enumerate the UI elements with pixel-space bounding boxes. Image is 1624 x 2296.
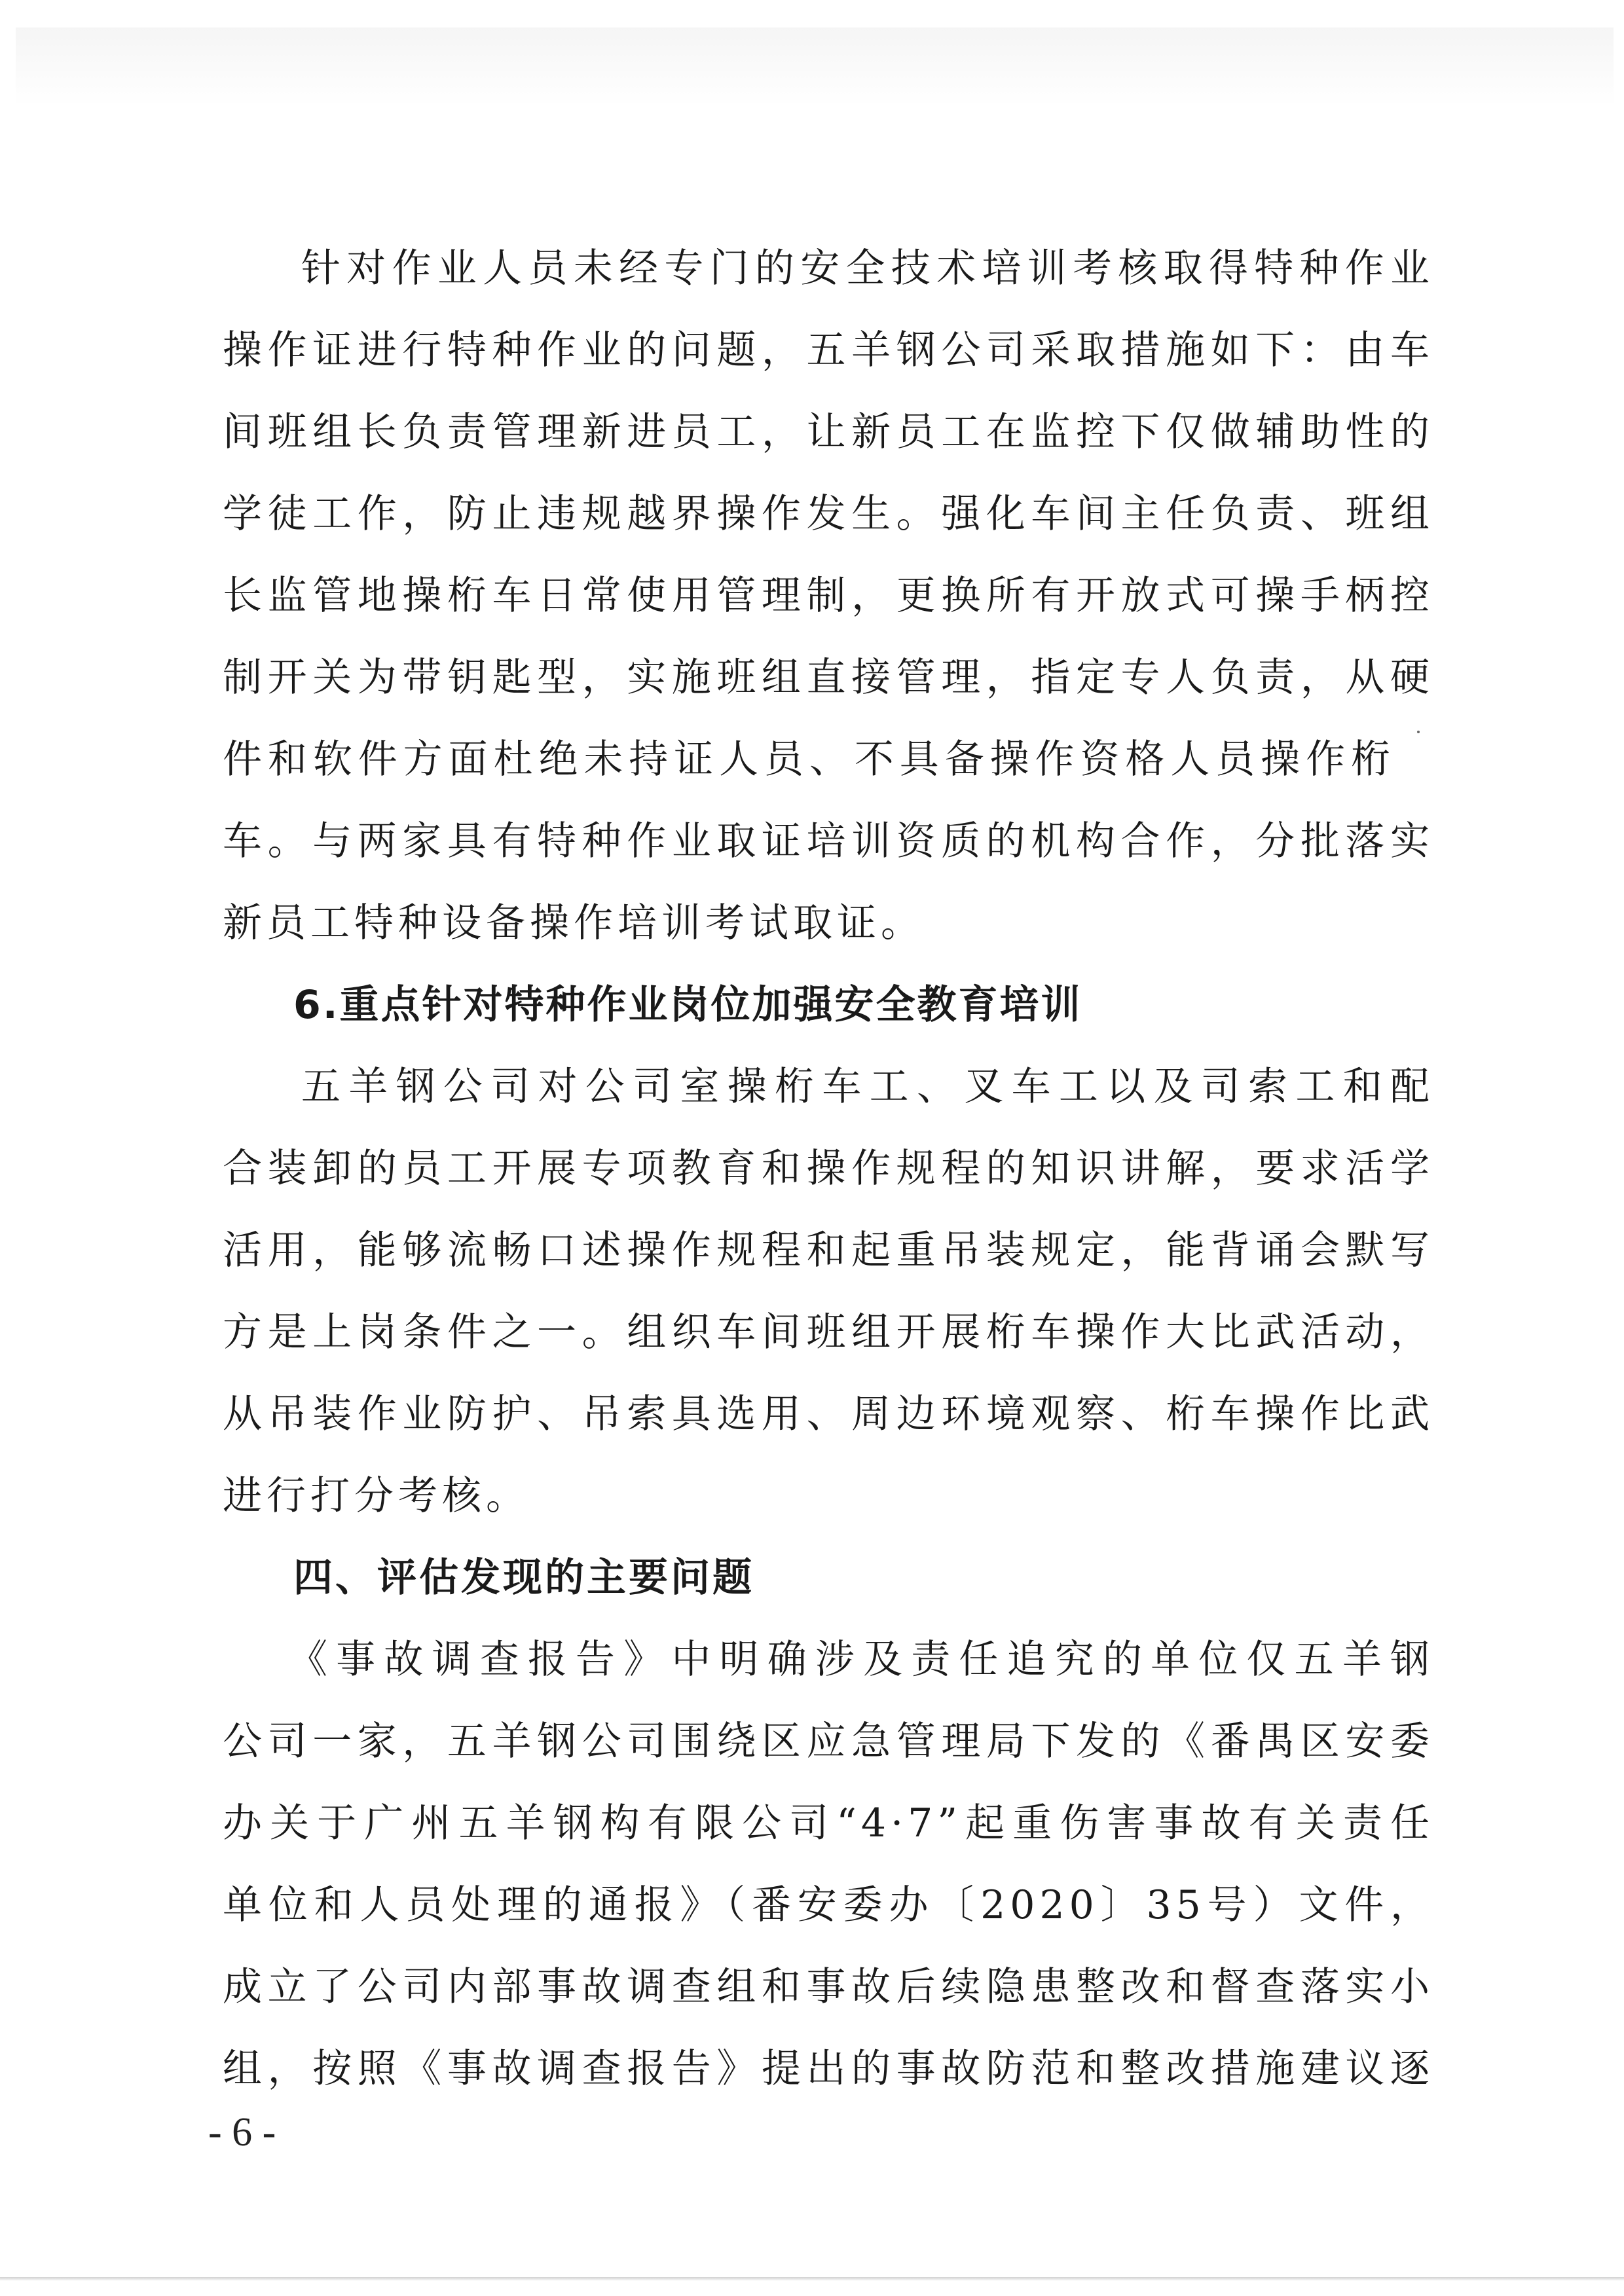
text-line: 件和软件方面杜绝未持证人员、不具备操作资格人员操作桁: [223, 733, 1395, 786]
text-line: 新员工特种设备操作培训考试取证。: [223, 897, 1434, 949]
scan-show-through: [16, 27, 1614, 106]
section-heading-main-issues: 四、评估发现的主要问题: [293, 1552, 1426, 1604]
text-line: 从吊装作业防护、吊索具选用、周边环境观察、桁车操作比武: [223, 1388, 1434, 1440]
text-line: 操作证进行特种作业的问题，五羊钢公司采取措施如下：由车: [223, 324, 1434, 376]
text-line: 方是上岗条件之一。组织车间班组开展桁车操作大比武活动，: [223, 1306, 1434, 1358]
scan-speck: [1417, 731, 1420, 733]
text-line: 五羊钢公司对公司室操桁车工、叉车工以及司索工和配: [301, 1061, 1434, 1113]
text-line: 进行打分考核。: [223, 1470, 1434, 1522]
text-line: 合装卸的员工开展专项教育和操作规程的知识讲解，要求活学: [223, 1142, 1434, 1195]
text-line: 成立了公司内部事故调查组和事故后续隐患整改和督查落实小: [223, 1961, 1434, 2013]
text-line: 单位和人员处理的通报》（番安委办〔2020〕35号）文件，: [223, 1879, 1434, 1931]
text-line: 制开关为带钥匙型，实施班组直接管理，指定专人负责，从硬: [223, 651, 1434, 704]
text-line: 间班组长负责管理新进员工，让新员工在监控下仅做辅助性的: [223, 406, 1434, 458]
text-line: 公司一家，五羊钢公司围绕区应急管理局下发的《番禺区安委: [223, 1715, 1434, 1768]
text-line: 《事故调查报告》中明确涉及责任追究的单位仅五羊钢: [288, 1633, 1434, 1686]
text-line: 活用，能够流畅口述操作规程和起重吊装规定，能背诵会默写: [223, 1224, 1434, 1277]
text-line: 学徒工作，防止违规越界操作发生。强化车间主任负责、班组: [223, 488, 1434, 540]
text-line: 车。与两家具有特种作业取证培训资质的机构合作，分批落实: [223, 815, 1434, 867]
text-line: 办关于广州五羊钢构有限公司“4·7”起重伤害事故有关责任: [223, 1797, 1434, 1850]
subheading-safety-training: 6.重点针对特种作业岗位加强安全教育培训: [293, 979, 1426, 1031]
text-line: 针对作业人员未经专门的安全技术培训考核取得特种作业: [301, 242, 1434, 295]
text-line: 组，按照《事故调查报告》提出的事故防范和整改措施建议逐: [223, 2043, 1434, 2095]
page-number: - 6 -: [208, 2109, 276, 2155]
text-line: 长监管地操桁车日常使用管理制，更换所有开放式可操手柄控: [223, 570, 1434, 622]
scan-bottom-edge: [0, 2277, 1624, 2281]
